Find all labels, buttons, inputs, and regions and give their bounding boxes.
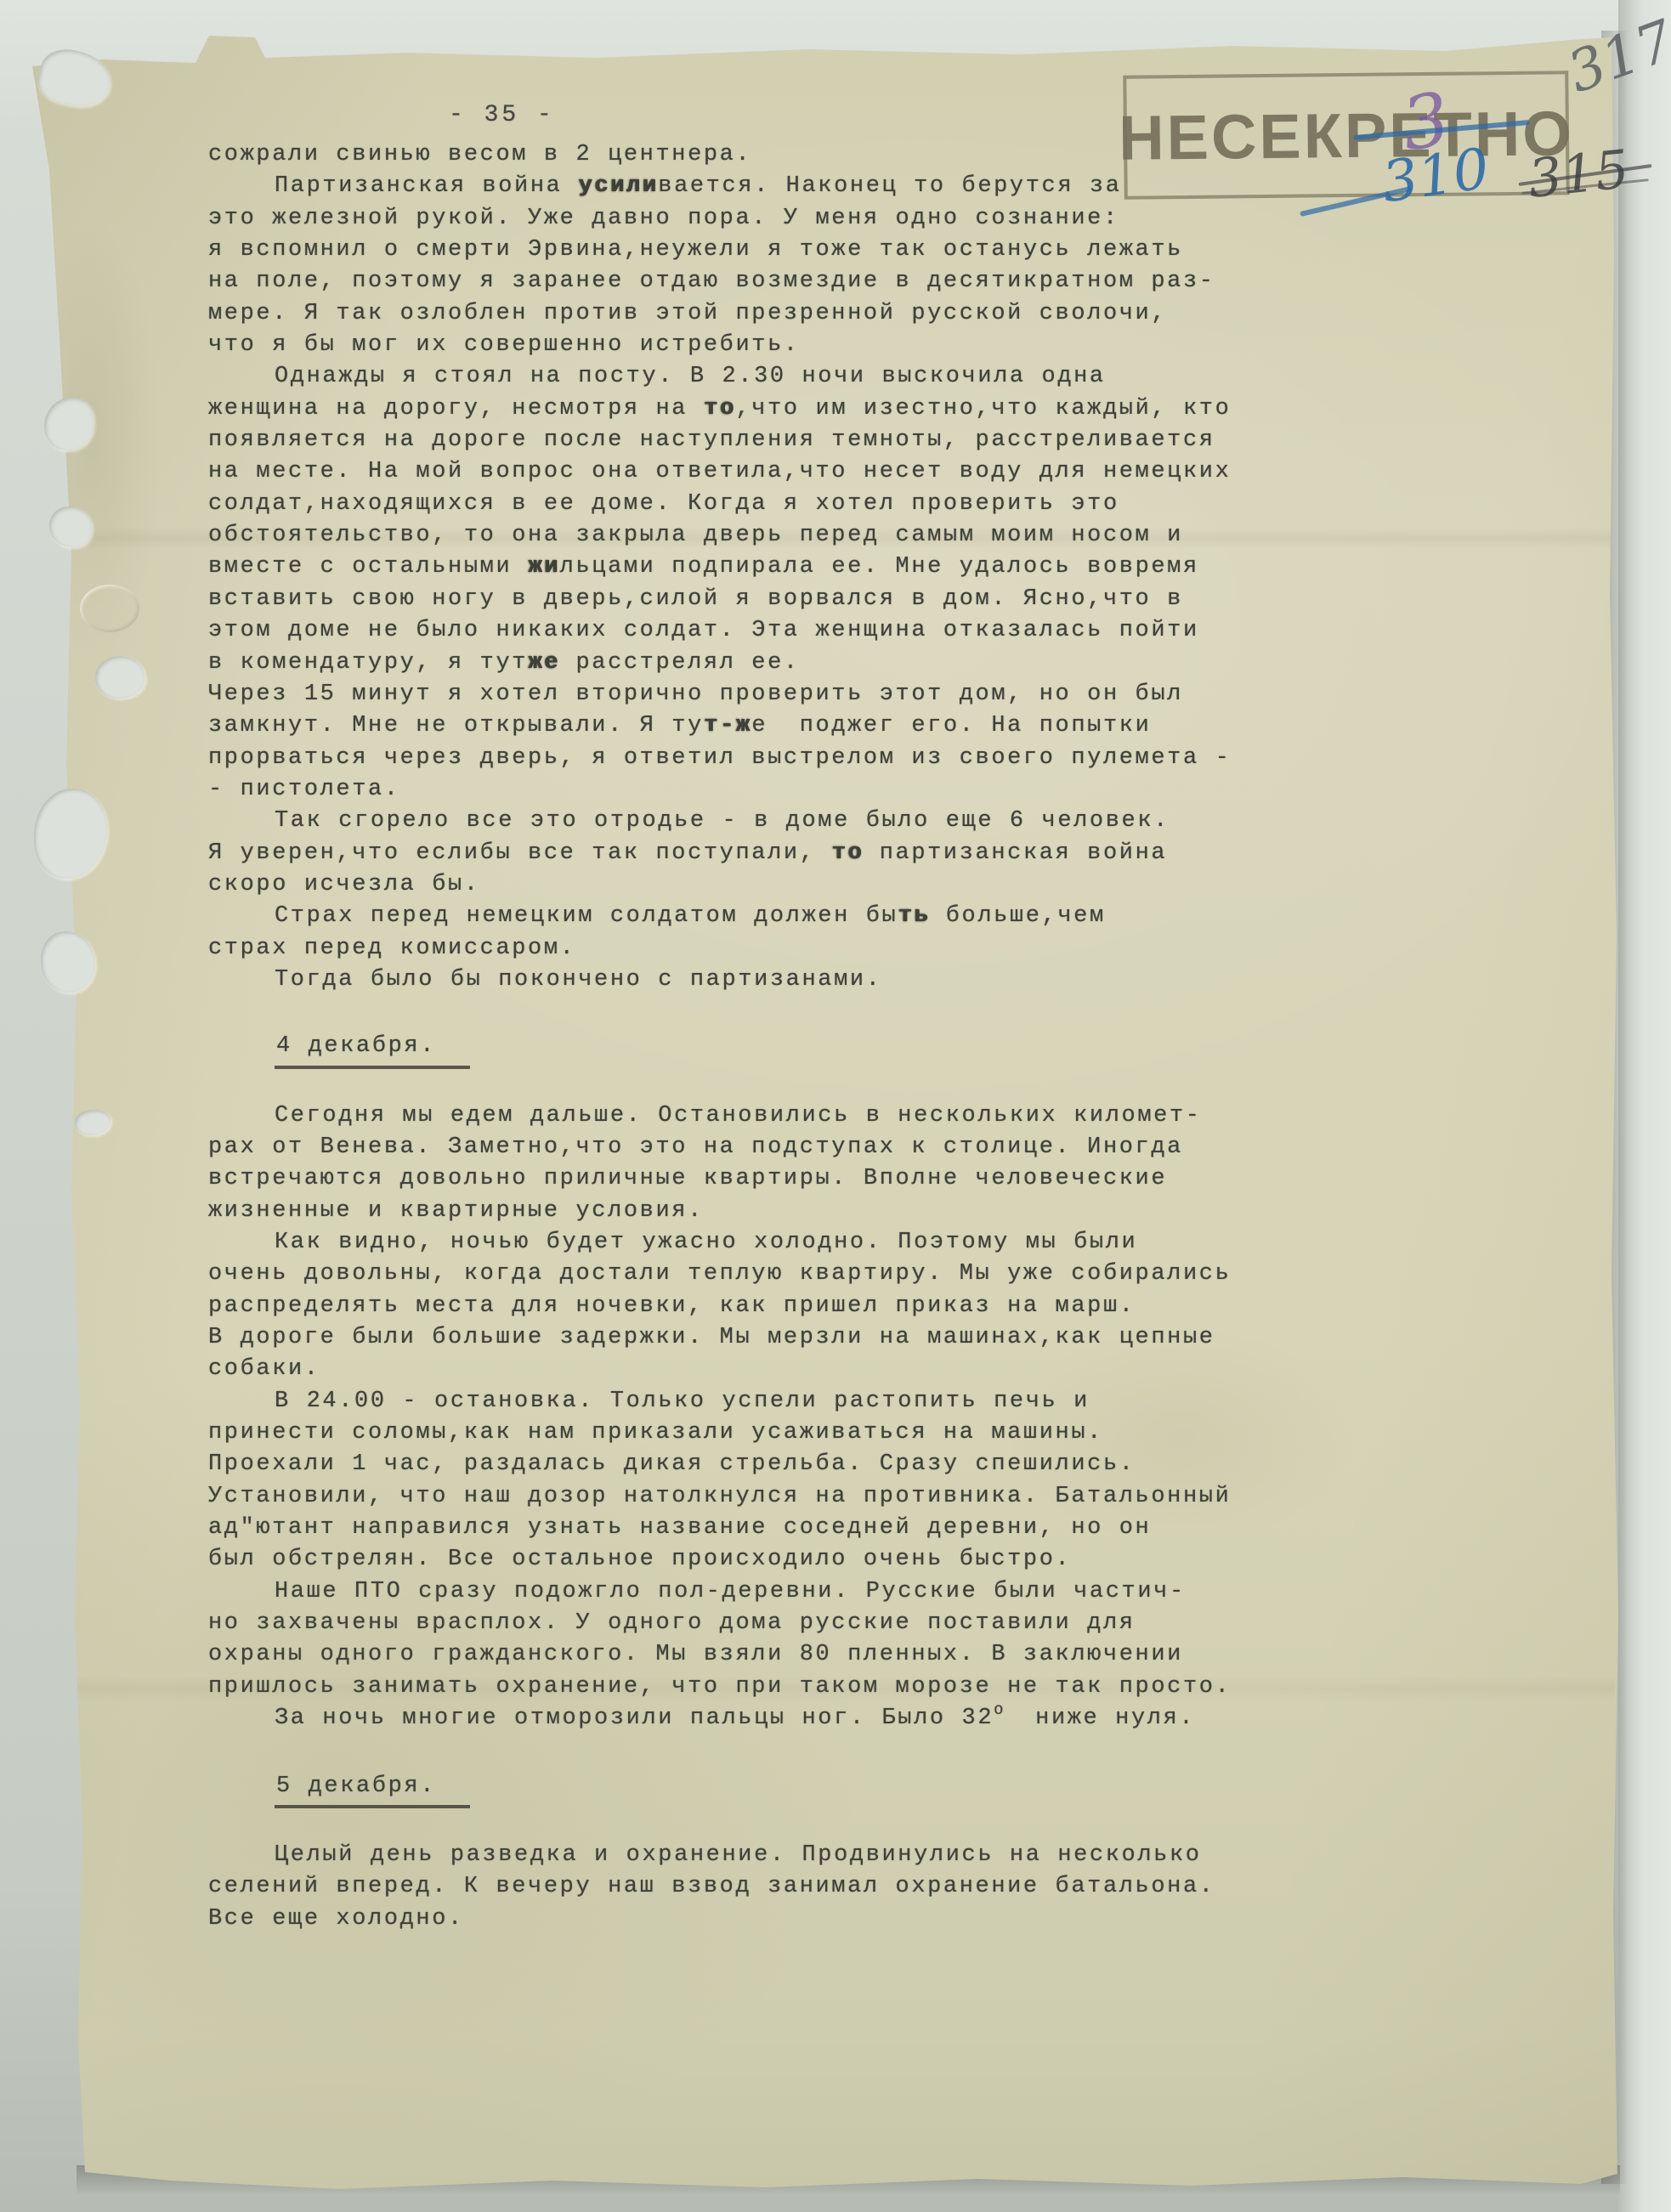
text-run: мере. Я так озлоблен против этой презрен… [208,301,1167,326]
text-run: Через 15 минут я хотел вторично проверит… [208,682,1183,707]
text-line: В 24.00 - остановка. Только успели расто… [208,1386,1330,1417]
text-run: В дороге были большие задержки. Мы мерзл… [208,1325,1215,1350]
text-line: в комендатуру, я тутже расстрелял ее. [208,648,1330,679]
text-line: но захвачены врасплох. У одного дома рус… [208,1608,1330,1639]
text-line: За ночь многие отморозили пальцы ног. Бы… [208,1703,1330,1735]
text-run: Установили, что наш дозор натолкнулся на… [208,1484,1231,1509]
text-line: я вспомнил о смерти Эрвина,неужели я тож… [208,235,1330,266]
text-line: Тогда было бы покончено с партизанами. [208,965,1330,996]
text-run: но захвачены врасплох. У одного дома рус… [208,1610,1136,1636]
text-run: рах от Венева. Заметно,что это на подсту… [208,1134,1183,1160]
text-run: прорваться через дверь, я ответил выстре… [208,745,1231,771]
text-run: жизненные и квартирные условия. [208,1198,704,1224]
text-run: Наше ПТО сразу подожгло пол-деревни. Рус… [275,1579,1186,1604]
text-line: на поле, поэтому я заранее отдаю возмезд… [208,266,1330,297]
text-run: Все еще холодно. [208,1906,464,1932]
text-line: на месте. На мой вопрос она ответила,что… [208,456,1330,488]
text-run: пришлось занимать охранение, что при так… [208,1674,1231,1700]
text-line: Установили, что наш дозор натолкнулся на… [208,1481,1330,1513]
text-line: Проехали 1 час, раздалась дикая стрельба… [208,1449,1330,1480]
text-line: прорваться через дверь, я ответил выстре… [208,743,1330,774]
text-line: рах от Венева. Заметно,что это на подсту… [208,1132,1330,1163]
date-heading: 5 декабря. [275,1771,470,1808]
text-run: на поле, поэтому я заранее отдаю возмезд… [208,269,1215,294]
text-line: этом доме не было никаких солдат. Эта же… [208,615,1330,647]
text-run: За ночь многие отморозили пальцы ног. Бы… [275,1706,994,1731]
paper-tear-hole [49,506,92,547]
text-line: Через 15 минут я хотел вторично проверит… [208,679,1330,710]
text-line: очень довольны, когда достали теплую ква… [208,1259,1330,1290]
text-line: сожрали свинью весом в 2 центнера. [208,139,1330,171]
text-line: - пистолета. [208,774,1330,806]
scanned-document-page: - 35 - НЕСЕКРЕТНО сожрали свинью весом в… [0,0,1671,2212]
text-run: вается. Наконец то берутся за [658,173,1121,199]
text-run: партизанская война [864,840,1167,866]
text-line: скоро исчезла бы. [208,869,1330,901]
embossed-mark [80,585,139,632]
text-run: вместе с остальными [208,554,528,580]
text-line: охраны одного гражданского. Мы взяли 80 … [208,1639,1330,1671]
text-line: Я уверен,что еслибы все так поступали, т… [208,838,1330,869]
text-run: Сегодня мы едем дальше. Остановились в н… [275,1103,1202,1129]
text-line: вместе с остальными жильцами подпирала е… [208,552,1330,583]
text-run: сожрали свинью весом в 2 центнера. [208,142,751,167]
text-run: - пистолета. [208,777,400,802]
text-run: Как видно, ночью будет ужасно холодно. П… [275,1230,1137,1255]
text-run: усили [578,173,658,199]
text-line: Все еще холодно. [208,1904,1330,1935]
text-run: замкнут. Мне не открывали. Я ту [208,713,704,738]
text-line: В дороге были большие задержки. Мы мерзл… [208,1322,1330,1354]
text-line: вставить свою ногу в дверь,силой я ворва… [208,584,1330,615]
text-run: льцами подпирала ее. Мне удалось вовремя [560,554,1199,580]
text-run: Однажды я стоял на посту. В 2.30 ночи вы… [275,364,1106,389]
text-run: вставить свою ногу в дверь,силой я ворва… [208,586,1183,612]
text-line: замкнут. Мне не открывали. Я тут-же подж… [208,710,1330,742]
text-run: 5 декабря. [276,1774,436,1799]
text-run: был обстрелян. Все остальное происходило… [208,1547,1071,1572]
text-run: Я уверен,что еслибы все так поступали, [208,840,831,866]
text-line: Так сгорело все это отродье - в доме был… [208,806,1330,837]
text-run: солдат,находящихся в ее доме. Когда я хо… [208,491,1119,517]
text-run: страх перед комиссаром. [208,936,575,961]
text-run: это железной рукой. Уже давно пора. У ме… [208,206,1119,231]
document-text: сожрали свинью весом в 2 центнера.Партиз… [208,139,1330,1935]
text-run: Целый день разведка и охранение. Продвин… [275,1842,1202,1868]
text-run: же [528,650,560,676]
text-run: Партизанская война [275,173,578,199]
text-run: женщина на дорогу, несмотря на [208,396,704,421]
text-line: селений вперед. К вечеру наш взвод заним… [208,1871,1330,1903]
text-run: Проехали 1 час, раздалась дикая стрельба… [208,1451,1136,1477]
text-line: что я бы мог их совершенно истребить. [208,330,1330,361]
text-line: встречаются довольно приличные квартиры.… [208,1163,1330,1195]
text-run: т-ж [704,713,751,738]
text-line: это железной рукой. Уже давно пора. У ме… [208,203,1330,235]
text-run: охраны одного гражданского. Мы взяли 80 … [208,1642,1183,1667]
text-run: распределять места для ночевки, как приш… [208,1293,1136,1319]
text-line: ад"ютант направился узнать название сосе… [208,1513,1330,1544]
text-run: ад"ютант направился узнать название сосе… [208,1515,1151,1541]
text-run: Тогда было бы покончено с партизанами. [275,967,882,993]
text-run: встречаются довольно приличные квартиры.… [208,1166,1167,1191]
text-run: этом доме не было никаких солдат. Эта же… [208,618,1199,643]
text-run: расстрелял ее. [560,650,800,676]
text-run: скоро исчезла бы. [208,872,480,897]
page-number: - 35 - [449,102,555,128]
text-line: жизненные и квартирные условия. [208,1196,1330,1227]
text-run: в комендатуру, я тут [208,650,528,676]
text-run: Страх перед немецким солдатом должен бы [275,903,898,929]
text-line: принести соломы,как нам приказали усажив… [208,1417,1330,1449]
text-run: В 24.00 - остановка. Только успели расто… [275,1389,1090,1414]
text-line: Однажды я стоял на посту. В 2.30 ночи вы… [208,361,1330,393]
text-run: то [831,840,864,866]
text-line: Целый день разведка и охранение. Продвин… [208,1840,1330,1871]
text-line: появляется на дороге после наступления т… [208,425,1330,456]
date-heading: 4 декабря. [275,1031,470,1068]
text-line: страх перед комиссаром. [208,933,1330,965]
text-run: 4 декабря. [276,1033,436,1059]
text-run: селений вперед. К вечеру наш взвод заним… [208,1874,1215,1899]
text-line: солдат,находящихся в ее доме. Когда я хо… [208,489,1330,520]
text-run: что я бы мог их совершенно истребить. [208,332,800,358]
text-run: очень довольны, когда достали теплую ква… [208,1261,1231,1287]
text-run: жи [528,554,560,580]
text-run: ть [898,903,930,929]
text-line: мере. Я так озлоблен против этой презрен… [208,298,1330,330]
text-line: Партизанская война усиливается. Наконец … [208,171,1330,202]
text-run: Так сгорело все это отродье - в доме был… [275,808,1170,834]
text-run: принести соломы,как нам приказали усажив… [208,1420,1103,1445]
paper-sheet: - 35 - НЕСЕКРЕТНО сожрали свинью весом в… [0,0,1671,2212]
paper-tear-hole [44,398,93,450]
text-line: Как видно, ночью будет ужасно холодно. П… [208,1227,1330,1259]
text-run: появляется на дороге после наступления т… [208,427,1215,453]
text-run: обстоятельство, то она закрыла дверь пер… [208,523,1183,548]
text-run: на месте. На мой вопрос она ответила,что… [208,459,1231,484]
text-run: собаки. [208,1356,320,1382]
text-line: Страх перед немецким солдатом должен быт… [208,901,1330,932]
text-run: то [704,396,736,421]
text-run: я вспомнил о смерти Эрвина,неужели я тож… [208,237,1183,263]
text-line: распределять места для ночевки, как приш… [208,1291,1330,1322]
text-line: пришлось занимать охранение, что при так… [208,1672,1330,1703]
superscript-degree: о [994,1694,1003,1726]
text-line: был обстрелян. Все остальное происходило… [208,1544,1330,1576]
text-run: е поджег его. На попытки [751,713,1151,738]
text-run: больше,чем [930,903,1106,929]
text-line: собаки. [208,1354,1330,1385]
text-run: ,что им изестно,что каждый, кто [736,396,1232,421]
text-line: Наше ПТО сразу подожгло пол-деревни. Рус… [208,1576,1330,1608]
text-line: обстоятельство, то она закрыла дверь пер… [208,520,1330,552]
text-line: Сегодня мы едем дальше. Остановились в н… [208,1100,1330,1132]
text-run: ниже нуля. [1004,1706,1196,1731]
text-line: женщина на дорогу, несмотря на то,что им… [208,393,1330,425]
